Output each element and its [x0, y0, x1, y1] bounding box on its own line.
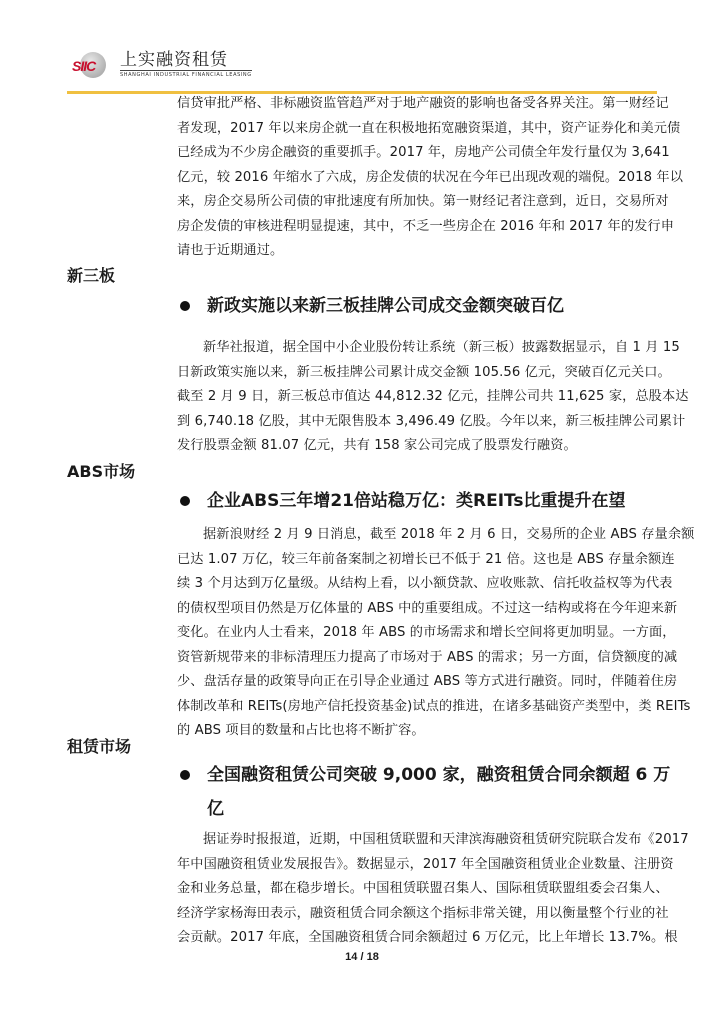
intro-paragraph: 信贷审批严格、非标融资监管趋严对于地产融资的影响也备受各界关注。第一财经记 者发…	[177, 92, 660, 264]
siic-logo-icon: SIIC	[72, 52, 116, 78]
bullet-icon	[180, 496, 190, 506]
section-title-leasing: 租赁市场	[67, 734, 131, 757]
bullet-icon	[180, 301, 190, 311]
paragraph-abs: 据新浪财经 2 月 9 日消息，截至 2018 年 2 月 6 日，交易所的企业…	[177, 523, 660, 744]
page-number: 14 / 18	[0, 951, 724, 963]
paragraph-leasing: 据证券时报报道，近期，中国租赁联盟和天津滨海融资租赁研究院联合发布《2017 年…	[177, 828, 660, 951]
section-title-neeq: 新三板	[67, 263, 115, 286]
bullet-icon	[180, 770, 190, 780]
company-name-cn: 上实融资租赁	[120, 51, 252, 70]
company-logo: SIIC 上实融资租赁 SHANGHAI INDUSTRIAL FINANCIA…	[72, 50, 252, 80]
paragraph-neeq: 新华社报道，据全国中小企业股份转让系统（新三板）披露数据显示，自 1 月 15 …	[177, 336, 660, 459]
company-name-en: SHANGHAI INDUSTRIAL FINANCIAL LEASING	[120, 70, 252, 79]
section-title-abs: ABS市场	[67, 459, 135, 482]
